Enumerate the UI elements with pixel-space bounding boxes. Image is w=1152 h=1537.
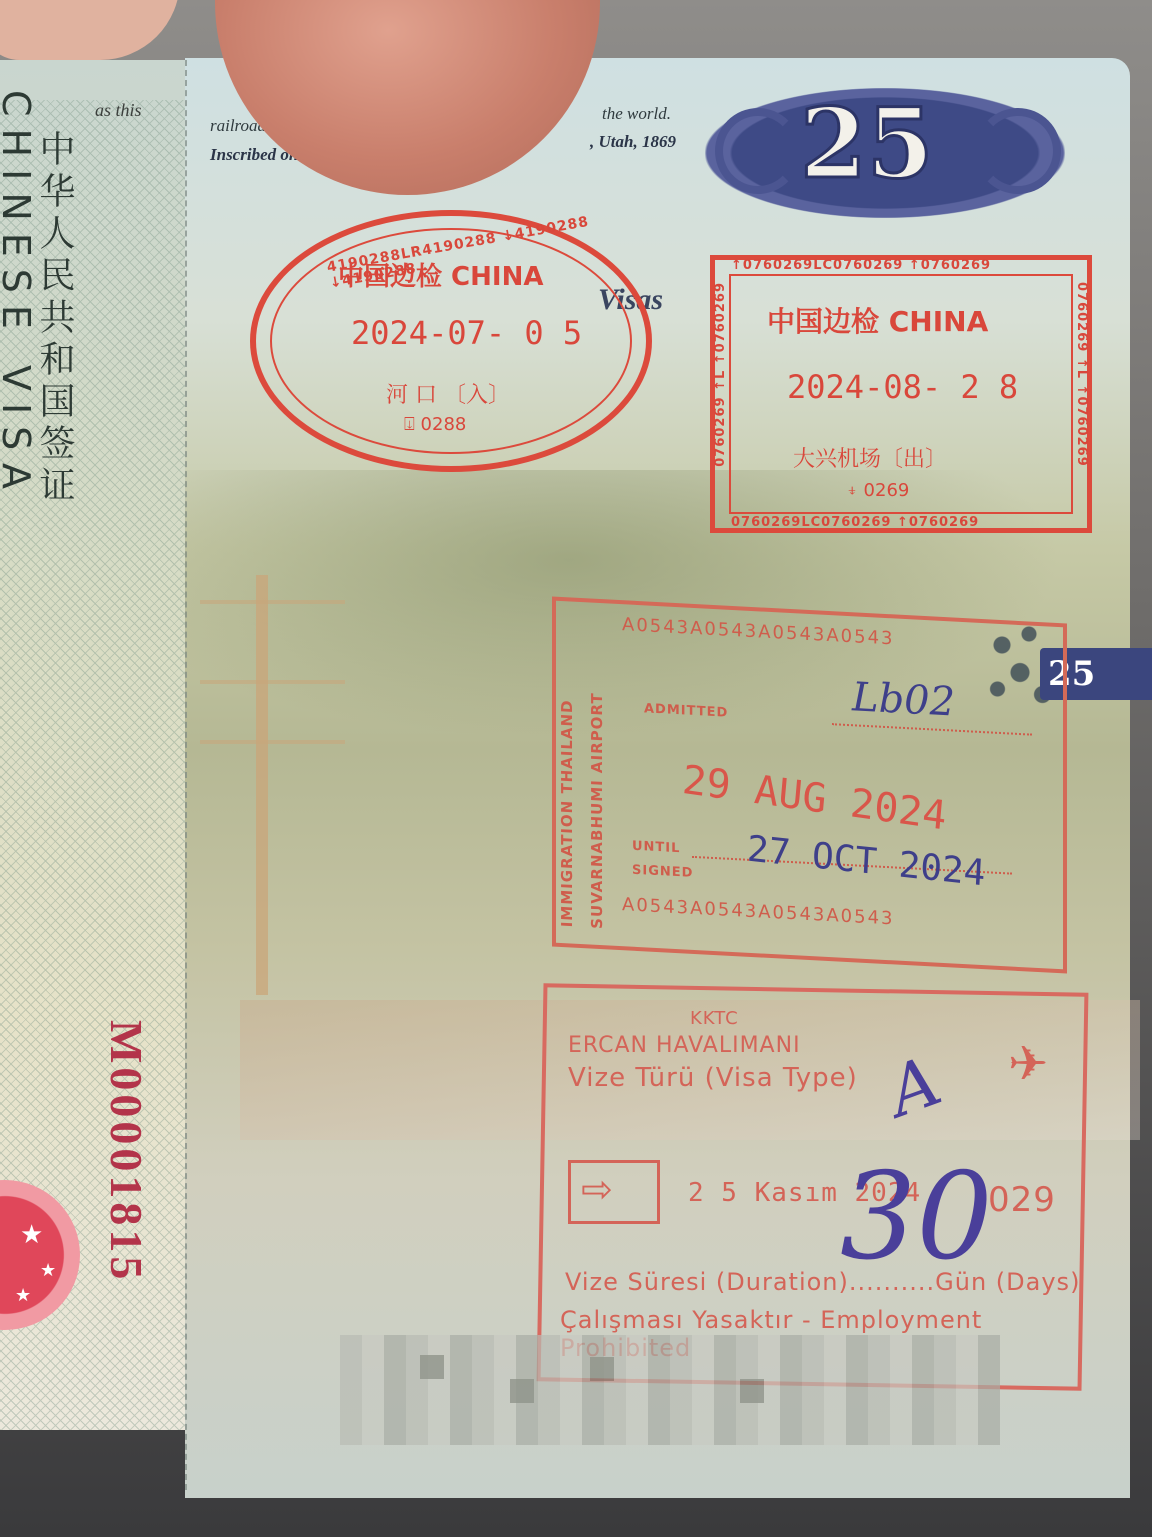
- pixel-block: [510, 1379, 534, 1403]
- stamp-title: 中国边检 CHINA: [767, 300, 988, 340]
- thailand-arrival-stamp: IMMIGRATION THAILAND SUVARNABHUMI AIRPOR…: [552, 597, 1067, 974]
- stamp-airport: ERCAN HAVALIMANI: [568, 1033, 801, 1058]
- pixel-block: [420, 1355, 444, 1379]
- page-number: 25: [800, 96, 934, 192]
- scroll-ornament-icon: [975, 108, 1061, 194]
- china-entry-stamp: 4190288LR4190288 ↓4190288 ↓4190288 中国边检 …: [250, 210, 652, 472]
- stamp-edge-text: 0760269 ↑L ↑0760269: [1074, 282, 1089, 467]
- pixel-block: [590, 1357, 614, 1381]
- stamp-code: ⍖ 0269: [847, 480, 909, 501]
- star-icon: ★: [20, 1220, 43, 1250]
- exit-arrow-icon: ⍖: [847, 480, 858, 501]
- airplane-icon: ✈: [1008, 1036, 1048, 1092]
- handwritten-days: 30: [840, 1148, 993, 1287]
- quote-fragment: as this: [95, 100, 142, 121]
- stamp-date: 2024-07- 0 5: [351, 314, 582, 352]
- stamp-side-text: SUVARNABHUMI AIRPORT: [588, 608, 606, 929]
- quote-line: the world.: [602, 104, 671, 124]
- signed-label: SIGNED: [632, 863, 693, 881]
- stamp-date: 2024-08- 2 8: [787, 368, 1018, 406]
- stamp-edge-text: 0760269LC0760269 ↑0760269: [731, 515, 979, 530]
- stamp-number: 029: [988, 1180, 1056, 1220]
- entry-arrow-icon: ⇨: [568, 1160, 660, 1224]
- stamp-port: 河 口 〔入〕: [386, 378, 510, 409]
- stamp-side-text: IMMIGRATION THAILAND: [558, 607, 576, 928]
- stamp-code: ⍗ 0288: [404, 414, 466, 435]
- pole-crossarm: [200, 680, 345, 684]
- stamp-country: KKTC: [690, 1008, 739, 1029]
- kktc-arrival-stamp: KKTC ERCAN HAVALIMANI Vize Türü (Visa Ty…: [540, 988, 1085, 1386]
- pole-crossarm: [200, 740, 345, 744]
- star-icon: ★: [15, 1285, 31, 1306]
- visa-type-label: Vize Türü (Visa Type): [568, 1063, 858, 1093]
- page-stitching: [185, 60, 193, 1490]
- visa-number: M00001815: [100, 1020, 153, 1283]
- pole-crossarm: [200, 600, 345, 604]
- pixel-block: [740, 1379, 764, 1403]
- telegraph-pole-illustration: [256, 575, 268, 995]
- until-label: UNTIL: [632, 839, 680, 857]
- quote-attribution: , Utah, 1869: [590, 132, 676, 152]
- star-icon: ★: [40, 1260, 56, 1281]
- scroll-ornament-icon: [715, 108, 801, 194]
- entry-arrow-icon: ⍗: [404, 414, 415, 435]
- stamp-edge-text: ↑0760269LC0760269 ↑0760269: [731, 258, 991, 273]
- visa-title-cn: 中华人民共和国签证: [30, 130, 80, 508]
- china-exit-stamp: ↑0760269LC0760269 ↑0760269 0760269LC0760…: [710, 255, 1092, 533]
- redacted-text-area: [340, 1335, 1000, 1445]
- duration-label: Vize Süresi (Duration)..........Gün (Day…: [565, 1268, 1080, 1296]
- handwritten-mark: Lb02: [852, 674, 955, 725]
- page-number-ornament: 25: [705, 88, 1065, 218]
- stamp-title: 中国边检 CHINA: [338, 256, 543, 293]
- stamp-edge-text: 0760269 ↑L ↑0760269: [713, 282, 728, 467]
- stamp-port: 大兴机场〔出〕: [793, 442, 947, 473]
